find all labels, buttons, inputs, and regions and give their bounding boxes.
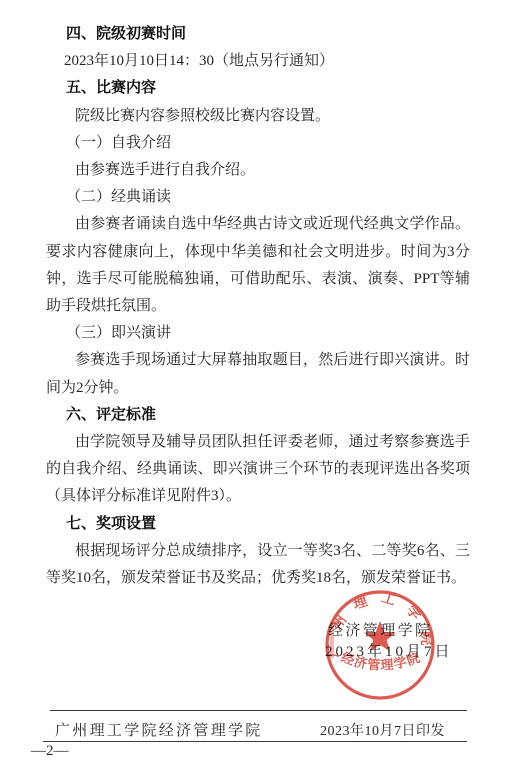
footer-rule-top <box>50 710 467 711</box>
section-heading-6: 六、评定标准 <box>46 402 470 429</box>
document-body: 四、院级初赛时间 2023年10月10日14：30（地点另行通知） 五、比赛内容… <box>46 21 470 592</box>
paragraph: 参赛选手现场通过大屏幕抽取题目，然后进行即兴演讲。时间为2分钟。 <box>46 347 470 401</box>
preliminary-time-line: 2023年10月10日14：30（地点另行通知） <box>46 48 470 75</box>
official-seal: 广州理工学院 经济管理学院 <box>318 584 444 708</box>
section-heading-5: 五、比赛内容 <box>46 75 470 102</box>
paragraph: 由参赛选手进行自我介绍。 <box>46 157 470 184</box>
footer-issuer: 广州理工学院经济管理学院 <box>55 719 263 740</box>
page-number: —2— <box>31 743 69 760</box>
sub-item-3: （三）即兴演讲 <box>46 320 470 347</box>
footer-print-date: 2023年10月7日印发 <box>320 720 445 740</box>
section-heading-4: 四、院级初赛时间 <box>46 21 470 48</box>
document-page: 四、院级初赛时间 2023年10月10日14：30（地点另行通知） 五、比赛内容… <box>0 0 516 769</box>
section-heading-7: 七、奖项设置 <box>46 511 470 538</box>
sub-item-2: （二）经典诵读 <box>46 184 470 211</box>
seal-star-icon <box>364 621 396 651</box>
footer-rule-bottom <box>43 741 467 742</box>
paragraph: 由学院领导及辅导员团队担任评委老师，通过考察参赛选手的自我介绍、经典诵读、即兴演… <box>46 429 470 511</box>
paragraph: 院级比赛内容参照校级比赛内容设置。 <box>46 103 470 130</box>
sub-item-1: （一）自我介绍 <box>46 130 470 157</box>
seal-bottom-text: 经济管理学院 <box>339 649 423 672</box>
paragraph: 由参赛者诵读自选中华经典古诗文或近现代经典文学作品。要求内容健康向上，体现中华美… <box>46 211 470 320</box>
